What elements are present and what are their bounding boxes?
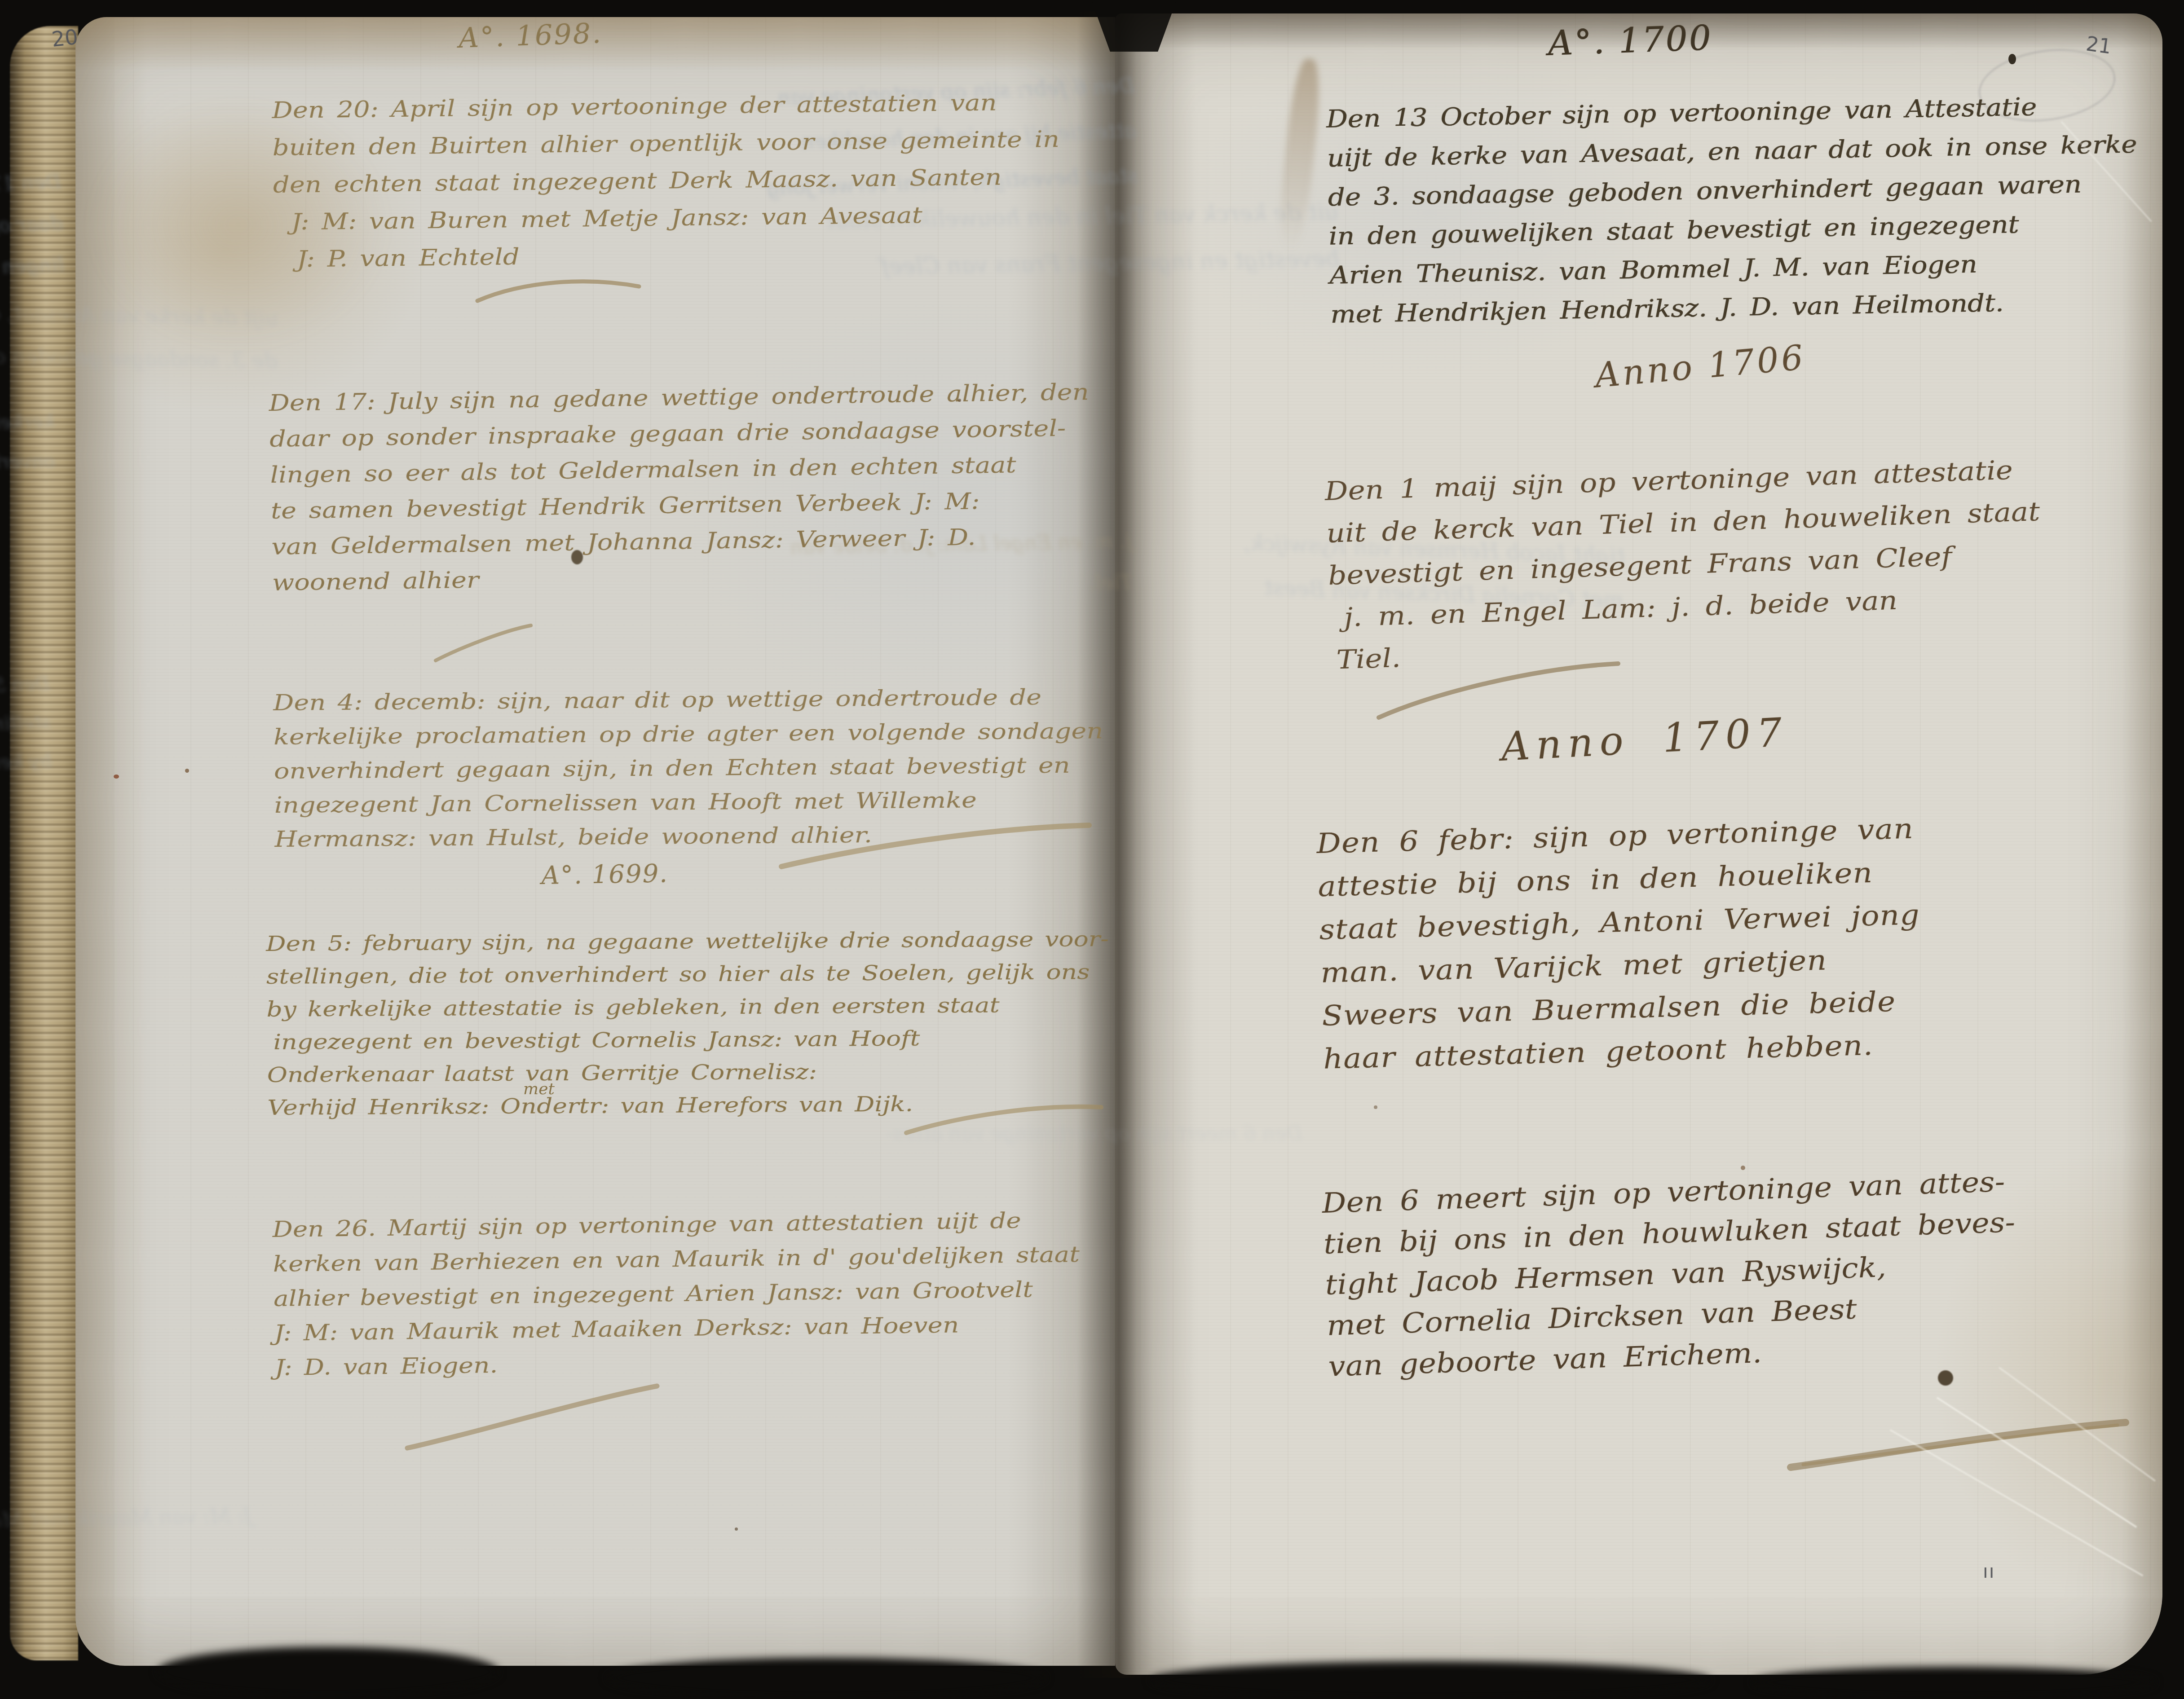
- pen-flourish: [1372, 650, 1624, 722]
- ink-blot: [571, 550, 583, 564]
- foxing-speck: [1374, 1105, 1377, 1109]
- foxing-speck: [735, 1527, 738, 1531]
- manuscript-line: stellingen, die tot onverhindert so hier…: [266, 955, 1109, 993]
- year-header-1699: A°. 1699.: [541, 859, 668, 890]
- page-stack-streaks: [10, 26, 78, 1660]
- page-bottom-edge: [157, 1647, 499, 1696]
- entry-1699-february: Den 5: february sijn, na gegaane wetteli…: [266, 923, 1110, 1124]
- foxing-speck: [1741, 1166, 1745, 1170]
- page-number-right: 21: [2085, 32, 2113, 58]
- entry-1706-may: Den 1 maij sijn op vertoninge van attest…: [1324, 449, 2046, 682]
- manuscript-line: onverhindert gegaan sijn, in den Echten …: [274, 748, 1104, 788]
- entry-1699-march: Den 26. Martij sijn op vertoninge van at…: [272, 1202, 1081, 1385]
- pen-flourish: [777, 817, 1096, 873]
- manuscript-line: ingezegent en bevestigt Cornelis Jansz: …: [273, 1021, 1110, 1059]
- page-bottom-edge: [606, 1658, 1046, 1698]
- pen-flourish: [474, 273, 644, 311]
- year-header-1700: A°. 1700: [1547, 18, 1713, 63]
- year-header-1698: A°. 1698.: [458, 17, 603, 54]
- pen-flourish: [431, 622, 534, 665]
- ink-dot: [2008, 54, 2016, 64]
- manuscript-line: Den 4: decemb: sijn, naar dit op wettige…: [273, 680, 1103, 720]
- manuscript-scan: Den 17: July sijn na gedane wettige onde…: [0, 0, 2184, 1699]
- page-number-left: 20: [50, 25, 79, 52]
- manuscript-line: Den 5: february sijn, na gegaane wetteli…: [266, 923, 1109, 960]
- foxing-speck: [958, 399, 961, 402]
- manuscript-line: Onderkenaar laatst van Gerritje Cornelis…: [267, 1054, 1110, 1092]
- pen-flourish: [903, 1095, 1105, 1140]
- entry-1700-october: Den 13 October sijn op vertooninge van A…: [1326, 86, 2141, 334]
- entry-1698-april: Den 20: April sijn op vertooninge der at…: [272, 84, 1061, 278]
- ink-blot: [1938, 1370, 1953, 1386]
- entry-1698-july: Den 17: July sijn na gedane wettige onde…: [269, 374, 1093, 601]
- entry-1707-february: Den 6 febr: sijn op vertoninge van attes…: [1316, 807, 1924, 1081]
- corner-pencil-mark: ıı: [1983, 1560, 1995, 1582]
- manuscript-line: ingezegent Jan Cornelissen van Hooft met…: [274, 782, 1104, 823]
- page-bottom-edge: [1752, 1667, 2156, 1698]
- foxing-speck: [185, 769, 189, 773]
- foxing-speck: [114, 775, 119, 779]
- manuscript-line: by kerkelijke attestatie is gebleken, in…: [266, 988, 1109, 1026]
- inserted-word: met: [523, 1080, 555, 1098]
- manuscript-line: kerkelijke proclamatien op drie agter ee…: [274, 714, 1103, 754]
- entry-1707-march: Den 6 meert sijn op vertoninge van attes…: [1321, 1161, 2021, 1387]
- page-edge-stack: [10, 26, 78, 1660]
- pen-flourish: [1785, 1414, 2131, 1473]
- pen-flourish: [402, 1381, 662, 1453]
- page-bottom-edge: [1150, 1661, 1711, 1699]
